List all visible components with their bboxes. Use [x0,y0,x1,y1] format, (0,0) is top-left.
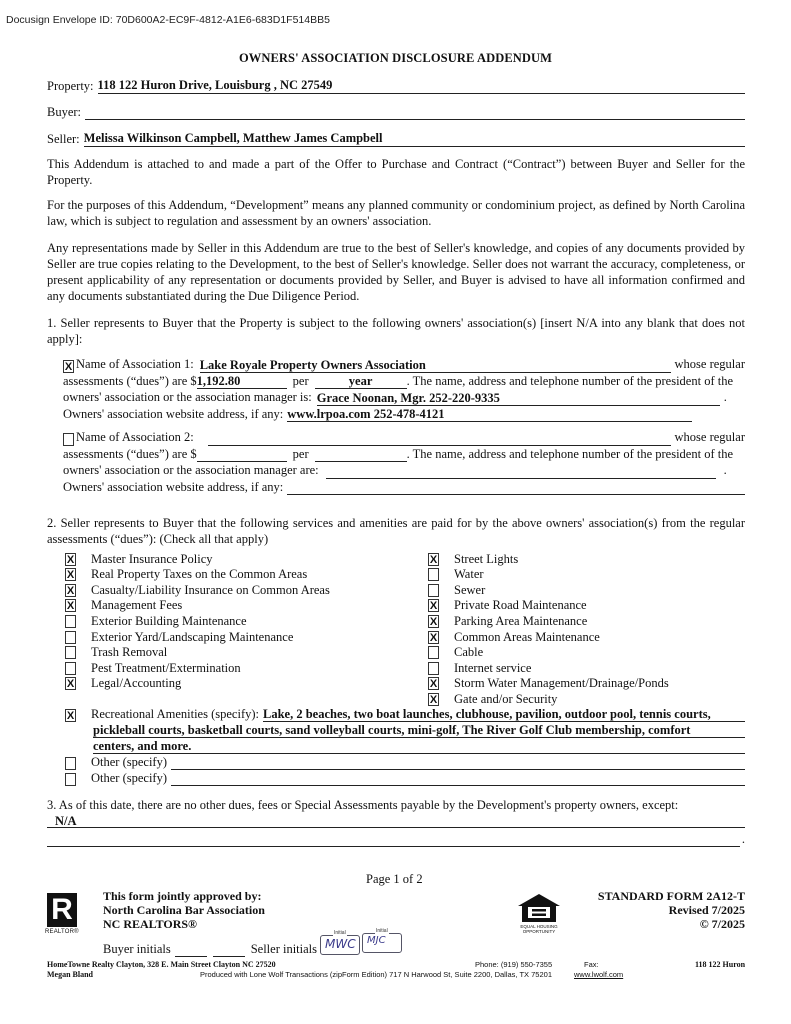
service-item: Water [428,567,484,583]
association-2-manager-field[interactable] [326,464,716,479]
other-2-label: Other (specify) [91,771,167,786]
service-item: Trash Removal [65,645,167,661]
service-label: Street Lights [454,552,518,567]
other-1-label: Other (specify) [91,755,167,770]
service-item: XManagement Fees [65,598,182,614]
service-checkbox[interactable]: X [65,568,76,581]
fax-label: Fax: [584,960,599,969]
services-right-column: XStreet LightsWaterSewerXPrivate Road Ma… [428,551,758,711]
seller-label: Seller: [47,132,84,147]
service-checkbox[interactable]: X [428,553,439,566]
association-2-block: Name of Association 2: whose regular ass… [63,430,745,495]
recreational-amenities-checkbox[interactable]: X [65,709,76,722]
recreational-amenities-line-3[interactable]: centers, and more. [93,739,745,754]
service-item: XCommon Areas Maintenance [428,629,600,645]
service-label: Water [454,567,484,582]
service-checkbox[interactable]: X [428,599,439,612]
approved-by-label: This form jointly approved by: [103,889,265,903]
approving-org-ncrealtors: NC REALTORS® [103,917,265,931]
association-1-per-field[interactable]: year [315,374,407,389]
whose-regular-text: whose regular [675,430,745,446]
association-2-per-field[interactable] [315,447,407,462]
service-label: Pest Treatment/Extermination [91,661,241,676]
service-checkbox[interactable]: X [428,631,439,644]
service-label: Private Road Maintenance [454,598,587,613]
buyer-row: Buyer: [47,104,745,120]
service-checkbox[interactable] [428,662,439,675]
buyer-initial-1-field[interactable] [175,943,207,957]
other-1-field[interactable] [171,755,745,770]
association-1-block: X Name of Association 1: Lake Royale Pro… [63,357,745,422]
president-text: . The name, address and telephone number… [407,374,733,390]
service-label: Master Insurance Policy [91,552,213,567]
recreational-amenities-line-1[interactable]: Lake, 2 beaches, two boat launches, club… [263,707,745,722]
association-2-name-label: Name of Association 2: [76,430,194,446]
association-1-website-field[interactable]: www.lrpoa.com 252-478-4121 [287,407,692,422]
service-item: Exterior Yard/Landscaping Maintenance [65,629,293,645]
seller-initial-1-field[interactable]: Initial MWC [320,935,360,955]
service-label: Exterior Yard/Landscaping Maintenance [91,630,293,645]
section2-intro: 2. Seller represents to Buyer that the f… [47,515,745,547]
service-checkbox[interactable] [428,568,439,581]
service-item: Pest Treatment/Extermination [65,660,241,676]
realtor-logo-text: REALTOR® [45,929,79,935]
form-info: STANDARD FORM 2A12-T Revised 7/2025 © 7/… [598,889,745,931]
produced-with-text: Produced with Lone Wolf Transactions (zi… [200,970,552,979]
service-item: XCasualty/Liability Insurance on Common … [65,582,330,598]
service-checkbox[interactable] [65,615,76,628]
approval-block: This form jointly approved by: North Car… [103,889,265,931]
recreational-amenities-block: X Recreational Amenities (specify): Lake… [65,706,745,786]
service-item: Cable [428,645,483,661]
service-checkbox[interactable]: X [428,677,439,690]
seller-field[interactable]: Melissa Wilkinson Campbell, Matthew Jame… [84,131,745,147]
service-label: Real Property Taxes on the Common Areas [91,567,307,582]
section3-exception-field[interactable]: N/A [47,814,745,828]
service-item: XGate and/or Security [428,691,557,707]
recreational-amenities-label: Recreational Amenities (specify): [91,707,259,722]
service-label: Management Fees [91,598,182,613]
property-row: Property: 118 122 Huron Drive, Louisburg… [47,78,745,94]
approving-org-ncba: North Carolina Bar Association [103,903,265,917]
service-label: Sewer [454,583,485,598]
service-item: XParking Area Maintenance [428,613,587,629]
service-checkbox[interactable]: X [65,553,76,566]
service-label: Internet service [454,661,531,676]
seller-initials-label: Seller initials [251,942,317,957]
association-1-name-field[interactable]: Lake Royale Property Owners Association [200,358,671,373]
dues-label: assessments (“dues”) are $ [63,447,197,463]
seller-initial-2-signature: MJC [367,935,386,946]
buyer-initial-2-field[interactable] [213,943,245,957]
seller-initial-2-field[interactable]: Initial MJC [362,933,402,953]
service-checkbox[interactable]: X [428,615,439,628]
service-checkbox[interactable] [65,662,76,675]
section3-exception-line-2[interactable] [47,832,740,847]
realtor-logo-icon: R [47,893,77,927]
revised-date: Revised 7/2025 [598,903,745,917]
association-1-manager-field[interactable]: Grace Noonan, Mgr. 252-220-9335 [317,391,720,406]
initials-row: Buyer initials Seller initials Initial M… [103,937,402,957]
other-1-checkbox[interactable] [65,757,76,770]
service-label: Casualty/Liability Insurance on Common A… [91,583,330,598]
service-checkbox[interactable] [65,646,76,659]
service-item: Sewer [428,582,485,598]
service-label: Common Areas Maintenance [454,630,600,645]
service-label: Trash Removal [91,645,167,660]
section1-intro: 1. Seller represents to Buyer that the P… [47,315,745,347]
per-label: per [293,374,309,390]
representations-paragraph: Any representations made by Seller in th… [47,240,745,304]
development-definition-paragraph: For the purposes of this Addendum, “Deve… [47,197,745,229]
per-label: per [293,447,309,463]
page-number: Page 1 of 2 [366,872,423,887]
brokerage-info: HomeTowne Realty Clayton, 328 E. Main St… [47,960,276,969]
service-item: XMaster Insurance Policy [65,551,213,567]
service-checkbox[interactable] [428,584,439,597]
buyer-field[interactable] [85,104,745,120]
service-checkbox[interactable] [428,646,439,659]
dues-label: assessments (“dues”) are $ [63,374,197,390]
lwolf-website-link[interactable]: www.lwolf.com [574,970,623,979]
website-label: Owners' association website address, if … [63,407,283,423]
section3-intro: 3. As of this date, there are no other d… [47,797,745,813]
service-label: Legal/Accounting [91,676,181,691]
services-left-column: XMaster Insurance PolicyXReal Property T… [65,551,405,711]
file-reference: 118 122 Huron [695,960,745,969]
seller-row: Seller: Melissa Wilkinson Campbell, Matt… [47,131,745,147]
buyer-initials-label: Buyer initials [103,942,171,957]
service-checkbox[interactable] [65,631,76,644]
president-text: . The name, address and telephone number… [407,447,733,463]
seller-initial-1-signature: MWC [325,937,356,951]
association-2-checkbox[interactable] [63,433,74,446]
docusign-envelope-id: Docusign Envelope ID: 70D600A2-EC9F-4812… [6,14,330,26]
service-item: XPrivate Road Maintenance [428,598,587,614]
manager-label: owners' association or the association m… [63,390,312,406]
association-2-name-field[interactable] [208,431,671,446]
section3-fields: N/A . [47,813,745,847]
association-1-checkbox[interactable]: X [63,360,74,373]
service-checkbox[interactable]: X [65,599,76,612]
service-label: Cable [454,645,483,660]
property-field[interactable]: 118 122 Huron Drive, Louisburg , NC 2754… [98,78,745,94]
association-2-website-field[interactable] [287,480,745,495]
other-2-field[interactable] [171,771,745,786]
copyright: © 7/2025 [598,917,745,931]
phone-number: Phone: (919) 550-7355 [475,960,552,969]
property-label: Property: [47,79,98,94]
form-number: STANDARD FORM 2A12-T [598,889,745,903]
recreational-amenities-line-2[interactable]: pickleball courts, basketball courts, sa… [93,723,745,738]
form-title: OWNERS' ASSOCIATION DISCLOSURE ADDENDUM [0,51,791,66]
association-1-name-label: Name of Association 1: [76,357,194,373]
service-label: Parking Area Maintenance [454,614,587,629]
service-label: Storm Water Management/Drainage/Ponds [454,676,669,691]
buyer-label: Buyer: [47,105,85,120]
service-label: Gate and/or Security [454,692,557,707]
association-1-dues-field[interactable]: 1,192.80 [197,374,287,389]
service-checkbox[interactable]: X [428,693,439,706]
service-item: Exterior Building Maintenance [65,613,247,629]
manager-label: owners' association or the association m… [63,463,319,479]
service-checkbox[interactable]: X [65,584,76,597]
service-item: XReal Property Taxes on the Common Areas [65,567,307,583]
whose-regular-text: whose regular [675,357,745,373]
addendum-intro-paragraph: This Addendum is attached to and made a … [47,156,745,188]
website-label: Owners' association website address, if … [63,480,283,496]
equal-housing-text: EQUAL HOUSING OPPORTUNITY [514,924,564,934]
other-2-checkbox[interactable] [65,773,76,786]
service-label: Exterior Building Maintenance [91,614,247,629]
service-checkbox[interactable]: X [65,677,76,690]
service-item: XLegal/Accounting [65,676,181,692]
service-item: Internet service [428,660,531,676]
agent-name: Megan Bland [47,970,93,979]
service-item: XStreet Lights [428,551,518,567]
service-item: XStorm Water Management/Drainage/Ponds [428,676,669,692]
association-2-dues-field[interactable] [197,447,287,462]
